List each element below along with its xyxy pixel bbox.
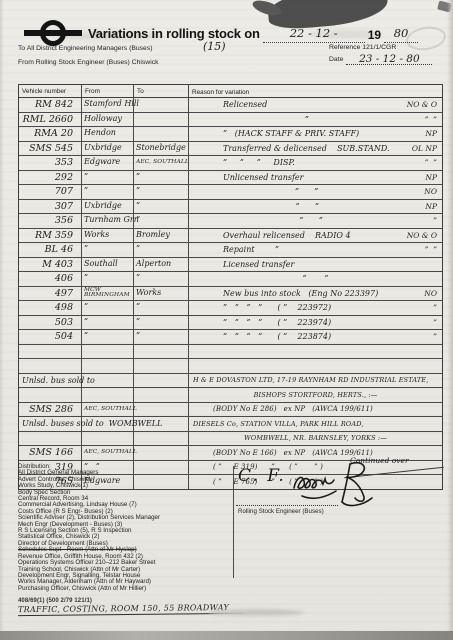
handwritten-entry: ” [134,316,188,328]
reason-cell: RelicensedNO & O [189,98,442,112]
table-row: SMS 286AEC, SOUTHALL(BODY No E 286) ex N… [19,403,442,418]
handwritten-entry: ” ” ” ” ( ” 223974) [189,318,433,327]
handwritten-date-value: 23 - 12 - 80 [359,53,420,65]
handwritten-entry: Edgware [82,156,133,168]
handwritten-entry: ” [134,214,188,226]
handwritten-entry: 503 [19,316,81,329]
handwritten-entry: RMA 20 [19,127,81,140]
handwritten-entry: ” [82,243,133,255]
handwritten-entry: ” ” [425,158,442,167]
table-row: BL 46””Repaint ”” ” [19,243,442,258]
handwritten-entry: Stamford Hill [82,98,133,110]
from-cell: Edgware [82,156,134,170]
reason-cell: New bus into stock (Eng No 223397)NO [189,287,442,301]
signature-dotted-line [236,505,338,506]
from-cell [82,388,134,402]
handwritten-entry: ” ” [425,245,442,254]
vehicle-cell [19,388,82,402]
to-line: To All District Engineering Managers (Bu… [18,45,152,52]
handwritten-entry: (BODY No E 286) ex NP (AWCA 199/611) [189,405,442,413]
to-cell: ” [134,316,189,330]
handwritten-entry: DIESELS Co, STATION VILLA, PARK HILL ROA… [189,420,364,428]
handwritten-entry: WOMBWELL, NR. BARNSLEY, YORKS :— [189,434,442,442]
to-cell: Bromley [134,229,189,243]
handwritten-entry: NP [425,202,442,211]
handwritten-entry: ” [433,303,442,312]
reason-cell: BISHOPS STORTFORD, HERTS., :— [189,388,442,402]
from-cell: Southall [82,258,134,272]
page-edge-shadow [0,0,4,632]
handwritten-entry: 498 [19,301,81,314]
from-cell: Holloway [82,113,134,127]
handwritten-entry: BISHOPS STORTFORD, HERTS., :— [189,391,442,399]
roundel-bar [24,30,82,36]
handwritten-entry: ” [82,171,133,183]
handwritten-entry: 292 [19,171,81,184]
handwritten-entry: AEC, SOUTHALL [134,156,188,168]
handwritten-entry: MCW BIRMINGHAM [82,287,133,299]
date-value-field: 23 - 12 - 80 [346,54,432,65]
table-row: 353EdgwareAEC, SOUTHALL” ” ” DISP.” ” [19,156,442,171]
handwritten-entry: Unlsd. buses sold to WOMBWELL [19,417,81,430]
handwritten-entry: 406 [19,272,81,285]
handwritten-entry: ” [433,216,442,225]
handwritten-entry: ” [134,301,188,313]
handwritten-entry: NO [424,289,442,298]
table-row: 292””Unlicensed transferNP [19,171,442,186]
reason-cell: Transferred & delicensed SUB.STAND.OL NP [189,142,442,156]
distribution-list: Distribution: All District General Manag… [18,464,230,592]
table-row: SMS 545UxbridgeStonebridgeTransferred & … [19,142,442,157]
col-header-vehicle: Vehicle number [19,85,82,97]
handwritten-entry: SMS 286 [19,403,81,416]
from-cell: ” [82,316,134,330]
reason-cell: ”” ” [189,113,442,127]
handwritten-entry: 504 [19,330,81,343]
to-cell: ” [134,330,189,344]
handwritten-entry: Stonebridge [134,142,188,154]
vehicle-cell: RMA 20 [19,127,82,141]
reason-cell: ” ”” [189,214,442,228]
table-row: Unlsd. bus sold toH & E DOVASTON LTD, 17… [19,374,442,389]
to-cell: ” [134,243,189,257]
table-row: RML 2660Holloway”” ” [19,113,442,128]
handwritten-entry: ” [134,200,188,212]
table-row: 503””” ” ” ” ( ” 223974)” [19,316,442,331]
form-title-row: Variations in rolling stock on 22 - 12 -… [88,22,418,41]
vehicle-cell: SMS 166 [19,446,82,460]
to-cell [134,113,189,127]
reason-cell: ” ” ” DISP.” ” [189,156,442,170]
handwritten-entry: H & E DOVASTON LTD, 17-19 RAYNHAM RD IND… [189,376,428,384]
vehicle-cell: RM 842 [19,98,82,112]
reason-cell: Unlicensed transferNP [189,171,442,185]
reason-cell: Overhaul relicensed RADIO 4NO & O [189,229,442,243]
table-row: 497MCW BIRMINGHAMWorksNew bus into stock… [19,287,442,302]
vehicle-cell: RM 359 [19,229,82,243]
handwritten-entry: Alperton [134,258,188,270]
handwritten-entry: 356 [19,214,81,227]
reason-cell [189,345,442,359]
table-row: WOMBWELL, NR. BARNSLEY, YORKS :— [19,432,442,447]
form-title: Variations in rolling stock on [88,26,260,41]
to-cell [134,446,189,460]
handwritten-entry: ” ” [189,216,433,225]
handwritten-entry: Uxbridge [82,142,133,154]
table-row: 498””” ” ” ” ( ” 223972)” [19,301,442,316]
vertical-divider [233,466,234,578]
from-cell: ” [82,171,134,185]
handwritten-entry: ” ” [425,115,442,124]
scanned-form-page: Variations in rolling stock on 22 - 12 -… [0,0,453,632]
distribution-items: All District General ManagersAdvert Cont… [18,470,230,592]
from-cell: AEC, SOUTHALL [82,446,134,460]
vehicle-cell: 353 [19,156,82,170]
handwritten-entry: ” [82,316,133,328]
table-row: 707””” ”NO [19,185,442,200]
handwritten-entry: Works [82,229,133,241]
handwritten-entry: Unlsd. bus sold to [19,374,81,387]
table-row [19,359,442,374]
handwritten-entry: ” ” ” DISP. [189,158,425,167]
handwritten-entry: OL NP [412,144,442,153]
reason-cell: ” ”NP [189,200,442,214]
vehicle-cell [19,345,82,359]
reason-cell: ” ” ” ” ( ” 223972)” [189,301,442,315]
handwritten-entry: ” [82,185,133,197]
col-header-reason: Reason for variation [189,85,442,97]
vehicle-cell: 406 [19,272,82,286]
reason-cell: ” ”NO [189,185,442,199]
handwritten-entry: 707 [19,185,81,198]
handwritten-entry: Turnham Grn [82,214,133,226]
from-cell: Hendon [82,127,134,141]
handwritten-entry: AEC, SOUTHALL [82,403,133,415]
reason-cell: Repaint ”” ” [189,243,442,257]
vehicle-cell: BL 46 [19,243,82,257]
signature-initials: C. F. [238,466,286,486]
handwritten-entry: RML 2660 [19,113,81,126]
handwritten-entry: SMS 545 [19,142,81,155]
handwritten-entry: 497 [19,287,81,300]
vehicle-cell: Unlsd. buses sold to WOMBWELL [19,417,82,431]
col-header-from: From [82,85,134,97]
handwritten-entry: ” ” ” ” ( ” 223874) [189,332,433,341]
london-transport-roundel-icon [24,20,82,47]
from-cell: ” [82,330,134,344]
col-header-to: To [134,85,189,97]
to-cell: Stonebridge [134,142,189,156]
handwritten-entry: ” [134,272,188,284]
scan-smudge-artifact [208,609,304,616]
scan-bottom-edge [0,631,453,640]
from-cell: Works [82,229,134,243]
handwritten-entry: 353 [19,156,81,169]
to-cell [134,403,189,417]
handwritten-entry: ” ” [189,202,425,211]
handwritten-entry: M 403 [19,258,81,271]
handwritten-entry: RM 359 [19,229,81,242]
to-cell: ” [134,301,189,315]
handwritten-entry: ” ” [189,274,442,283]
from-cell [82,432,134,446]
reason-cell: ” ” ” ” ( ” 223974)” [189,316,442,330]
handwritten-entry: ” [82,272,133,284]
vehicle-cell: SMS 286 [19,403,82,417]
handwritten-entry: Holloway [82,113,133,125]
from-cell: ” [82,243,134,257]
reason-cell: DIESELS Co, STATION VILLA, PARK HILL ROA… [189,417,442,431]
handwritten-entry: Overhaul relicensed RADIO 4 [189,231,407,240]
from-cell: ” [82,272,134,286]
handwritten-entry: RM 842 [19,98,81,111]
handwritten-entry: ” [134,171,188,183]
handwritten-entry: Uxbridge [82,200,133,212]
from-cell: AEC, SOUTHALL [82,403,134,417]
handwritten-entry: ” (HACK STAFF & PRIV. STAFF) [189,129,425,138]
from-line: From Rolling Stock Engineer (Buses) Chis… [18,59,159,66]
handwritten-entry: Unlicensed transfer [189,173,425,182]
reason-cell: Licensed transfer [189,258,442,272]
from-cell: Stamford Hill [82,98,134,112]
vehicle-cell: 356 [19,214,82,228]
table-row: RM 359WorksBromleyOverhaul relicensed RA… [19,229,442,244]
handwritten-entry: Hendon [82,127,133,139]
reason-cell [189,359,442,373]
handwritten-year: 80 [394,26,409,40]
vehicle-cell: 307 [19,200,82,214]
table-row: 356Turnham Grn”” ”” [19,214,442,229]
to-cell: ” [134,214,189,228]
handwritten-entry: ” [134,330,188,342]
to-cell: Alperton [134,258,189,272]
handwritten-entry: NO & O [407,100,442,109]
handwritten-entry: NP [425,173,442,182]
reason-cell: H & E DOVASTON LTD, 17-19 RAYNHAM RD IND… [189,374,442,388]
handwritten-copy-count: (15) [203,40,226,53]
vehicle-cell: 503 [19,316,82,330]
handwritten-entry: ” [134,185,188,197]
to-cell [134,345,189,359]
vehicle-cell: RML 2660 [19,113,82,127]
handwritten-footer-note: TRAFFIC, COSTING, ROOM 150, 55 BROADWAY [18,603,243,616]
vehicle-cell: 707 [19,185,82,199]
table-rows: RM 842Stamford HillRelicensedNO & ORML 2… [19,98,442,489]
handwritten-entry: ” [82,330,133,342]
handwritten-entry: NP [425,129,442,138]
from-cell: ” [82,185,134,199]
reason-cell: ” ” ” ” ( ” 223874)” [189,330,442,344]
handwritten-entry: ” [433,332,442,341]
handwritten-entry: Licensed transfer [189,260,442,269]
to-cell [134,127,189,141]
to-cell: ” [134,185,189,199]
handwritten-entry: ” ” [189,187,424,196]
page-edge-shadow [447,0,453,632]
handwritten-entry: Repaint ” [189,245,425,254]
to-cell [134,98,189,112]
to-cell: ” [134,272,189,286]
handwritten-entry: Transferred & delicensed SUB.STAND. [189,144,412,153]
handwritten-entry: NO [424,187,442,196]
signature-scrawl [288,458,388,510]
vehicle-cell: 497 [19,287,82,301]
handwritten-entry: 307 [19,200,81,213]
signatory-role: Rolling Stock Engineer (Buses) [238,508,324,515]
vehicle-cell [19,432,82,446]
handwritten-entry: New bus into stock (Eng No 223397) [189,289,424,298]
table-row: Unlsd. buses sold to WOMBWELLDIESELS Co,… [19,417,442,432]
vehicle-cell: 292 [19,171,82,185]
handwritten-entry: BL 46 [19,243,81,256]
reason-cell: ” ” [189,272,442,286]
year-field: 80 [384,24,418,43]
table-row: 307Uxbridge”” ”NP [19,200,442,215]
vehicle-cell: SMS 545 [19,142,82,156]
to-cell: AEC, SOUTHALL [134,156,189,170]
to-cell [134,374,189,388]
vehicle-cell: 498 [19,301,82,315]
from-cell: Uxbridge [82,142,134,156]
from-cell: Turnham Grn [82,214,134,228]
table-header-row: Vehicle number From To Reason for variat… [19,85,442,98]
to-cell [134,432,189,446]
from-cell: ” [82,301,134,315]
to-cell: ” [134,200,189,214]
table-row: 504””” ” ” ” ( ” 223874)” [19,330,442,345]
reason-cell: (BODY No E 286) ex NP (AWCA 199/611) [189,403,442,417]
to-cell [134,359,189,373]
handwritten-entry: ” ” ” ” ( ” 223972) [189,303,433,312]
to-cell [134,388,189,402]
to-cell: Works [134,287,189,301]
vehicle-cell: 504 [19,330,82,344]
handwritten-entry: ” [82,301,133,313]
table-row: RM 842Stamford HillRelicensedNO & O [19,98,442,113]
vehicle-cell: M 403 [19,258,82,272]
from-cell: Uxbridge [82,200,134,214]
handwritten-entry: NO & O [407,231,442,240]
handwritten-entry: ” [433,318,442,327]
date-row: Date 23 - 12 - 80 [329,52,432,63]
date-label: Date [329,56,343,63]
handwritten-entry: Works [134,287,188,299]
from-cell [82,345,134,359]
vehicle-cell [19,359,82,373]
table-row: 406””” ” [19,272,442,287]
from-cell [82,359,134,373]
table-row [19,345,442,360]
handwritten-entry: ” [189,115,425,124]
reference-line: Reference 121/1/CGR [329,44,396,51]
from-cell: MCW BIRMINGHAM [82,287,134,301]
year-prefix: 19 [368,28,381,42]
form-number: 408/69(1) (500 2/79 121/1) [18,598,92,604]
reason-cell: WOMBWELL, NR. BARNSLEY, YORKS :— [189,432,442,446]
distribution-item: Purchasing Officer, Chiswick (Attn of Mr… [18,586,230,592]
rolling-stock-table: Vehicle number From To Reason for variat… [18,84,443,490]
table-row: RMA 20Hendon” (HACK STAFF & PRIV. STAFF)… [19,127,442,142]
handwritten-entry: Southall [82,258,133,270]
vehicle-cell: Unlsd. bus sold to [19,374,82,388]
handwritten-entry: ” [134,243,188,255]
handwritten-entry: AEC, SOUTHALL [82,446,133,458]
table-row: BISHOPS STORTFORD, HERTS., :— [19,388,442,403]
handwritten-entry: Relicensed [189,100,407,109]
handwritten-entry: Bromley [134,229,188,241]
table-row: M 403SouthallAlpertonLicensed transfer [19,258,442,273]
handwritten-entry: SMS 166 [19,446,81,459]
to-cell: ” [134,171,189,185]
reason-cell: ” (HACK STAFF & PRIV. STAFF)NP [189,127,442,141]
